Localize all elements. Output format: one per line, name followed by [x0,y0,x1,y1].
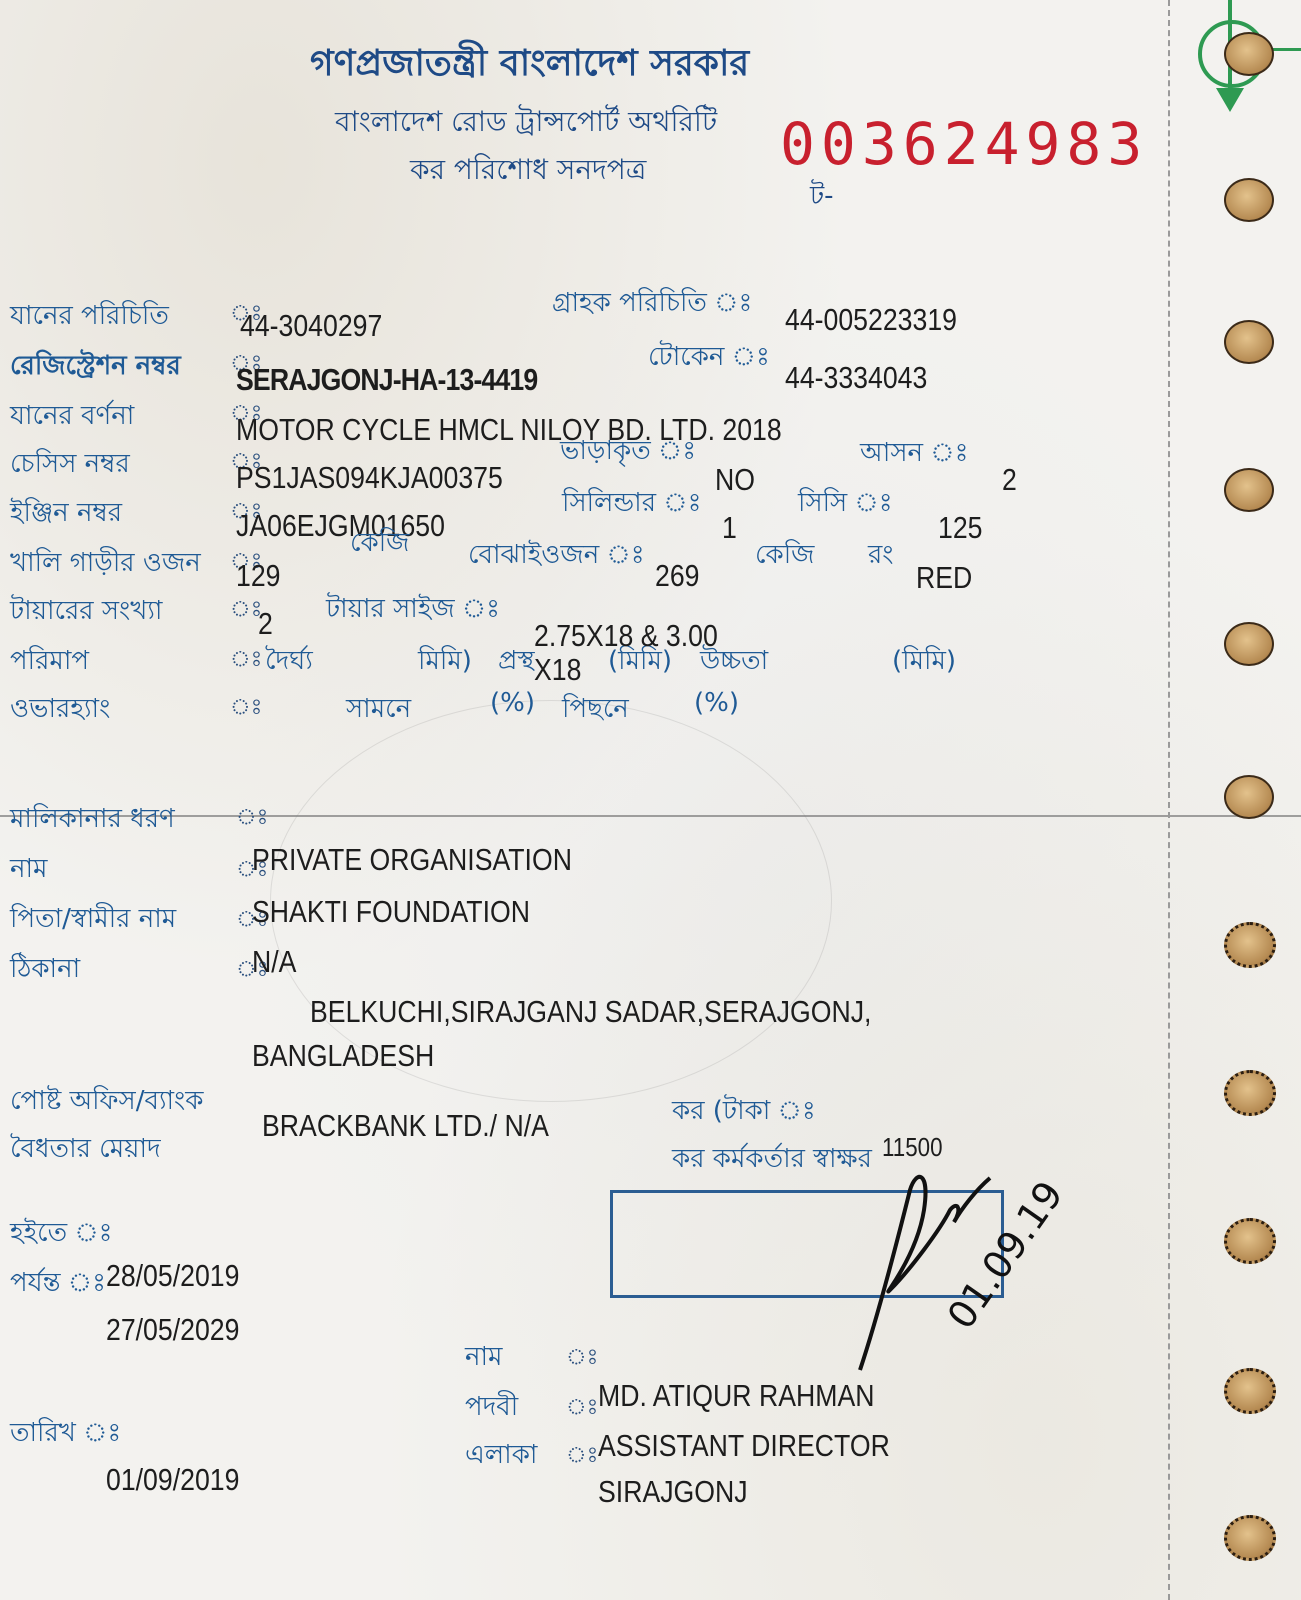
guardian-name-value: N/A [252,944,296,980]
laden-weight-unit: কেজি [755,534,814,578]
label-ownership-type: মালিকানার ধরণ [10,798,175,842]
punch-hole-icon [1224,922,1276,968]
issue-date-value: 01/09/2019 [106,1462,239,1498]
tyre-size-value-line2: X18 [534,652,581,688]
authority-name: বাংলাদেশ রোড ট্রান্সপোর্ট অথরিটি [335,100,717,147]
color-value: RED [916,560,972,596]
token-value: 44-3334043 [785,360,927,396]
label-tyre-count: টায়ারের সংখ্যা [10,590,162,634]
officer-designation-value: ASSISTANT DIRECTOR [598,1428,890,1464]
label-engine-no: ইঞ্জিন নম্বর [10,492,122,536]
label-color: রং [868,534,894,578]
punch-hole-icon [1224,622,1274,666]
label-cylinder: সিলিন্ডার ঃ [562,482,701,526]
serial-number: 003624983 [780,110,1148,178]
officer-area-value: SIRAJGONJ [598,1474,748,1510]
label-issue-date: তারিখ ঃ [10,1412,121,1456]
label-chassis-no: চেসিস নম্বর [10,443,130,487]
label-overhang: ওভারহ্যাং [10,688,110,732]
customer-id-value: 44-005223319 [785,302,957,338]
engine-no-value: JA06EJGM01650 [236,508,445,544]
cylinder-value: 1 [722,510,737,546]
ownership-type-value: PRIVATE ORGANISATION [252,842,572,878]
label-dimension: পরিমাপ [10,640,89,684]
dimension-height-unit: (মিমি) [892,640,956,684]
label-validity: বৈধতার মেয়াদ [10,1128,161,1172]
description-value: MOTOR CYCLE HMCL NILOY BD. LTD. 2018 [236,412,782,448]
perforation-line [1168,0,1170,1600]
punch-hole-icon [1224,1070,1276,1116]
overhang-front-unit: (%) [490,688,535,718]
validity-to-value: 27/05/2029 [106,1312,239,1348]
hired-value: NO [715,462,755,498]
colon: ঃ [566,1438,598,1475]
label-vehicle-id: যানের পরিচিতি [10,295,169,339]
address-value-line2: BANGLADESH [252,1038,434,1074]
owner-name-value: SHAKTI FOUNDATION [252,894,530,930]
label-validity-to: পর্যন্ত ঃ [10,1262,106,1306]
chassis-no-value: PS1JAS094KJA00375 [236,460,503,496]
label-customer-id: গ্রাহক পরিচিতি ঃ [552,282,752,326]
overhang-rear-unit: (%) [694,688,739,718]
registration-no-value: SERAJGONJ-HA-13-4419 [236,362,537,398]
label-validity-from: হইতে ঃ [10,1212,113,1256]
handwritten-signature-icon: 01.09.19 [850,1150,1090,1380]
officer-name-value: MD. ATIQUR RAHMAN [598,1378,874,1414]
colon: ঃ [566,1390,598,1427]
svg-text:01.09.19: 01.09.19 [939,1173,1072,1337]
unladen-weight-unit: কেজি [350,522,409,566]
cc-value: 125 [938,510,982,546]
label-laden-weight: বোঝাইওজন ঃ [468,534,645,578]
label-seats: আসন ঃ [860,432,968,476]
punch-hole-icon [1224,1218,1276,1264]
serial-prefix: ট- [810,175,834,219]
label-address: ঠিকানা [10,948,80,992]
arrow-down-icon [1216,88,1244,112]
punch-hole-icon [1224,775,1274,819]
colon: ঃ [230,690,262,727]
label-tyre-size: টায়ার সাইজ ঃ [326,588,500,632]
label-officer-designation: পদবী [465,1386,518,1430]
vehicle-id-value: 44-3040297 [240,308,382,344]
label-token: টোকেন ঃ [648,336,770,380]
colon: ঃ [236,800,268,837]
overhang-rear-label: পিছনে [562,688,629,732]
label-post-office-bank: পোষ্ট অফিস/ব্যাংক [10,1080,203,1124]
label-guardian-name: পিতা/স্বামীর নাম [10,898,176,942]
address-value-line1: BELKUCHI,SIRAJGANJ SADAR,SERAJGONJ, [310,994,871,1030]
tyre-size-value-line1: 2.75X18 & 3.00 [534,618,718,654]
label-officer-signature: কর কর্মকর্তার স্বাক্ষর [672,1138,872,1182]
punch-hole-icon [1224,468,1274,512]
certificate-title: কর পরিশোধ সনদপত্র [410,148,646,195]
validity-from-value: 28/05/2019 [106,1258,239,1294]
punch-hole-icon [1224,1368,1276,1414]
punch-hole-icon [1224,178,1274,222]
dimension-width-label: প্রস্থ [498,640,535,684]
dimension-length-label: দৈর্ঘ্য [265,640,313,684]
colon: ঃ [566,1340,598,1377]
seats-value: 2 [1002,462,1017,498]
fold-line [0,815,1301,817]
label-officer-name: নাম [465,1336,503,1380]
post-office-bank-value: BRACKBANK LTD./ N/A [262,1108,549,1144]
label-officer-area: এলাকা [465,1434,537,1478]
label-hired: ভাড়াকৃত ঃ [560,430,696,474]
label-cc: সিসি ঃ [798,482,893,526]
overhang-front-label: সামনে [346,688,411,732]
label-tax-amount: কর (টাকা ঃ [672,1090,816,1134]
label-registration-no: রেজিস্ট্রেশন নম্বর [10,345,181,389]
punch-hole-icon [1224,32,1274,76]
laden-weight-value: 269 [655,558,699,594]
punch-hole-icon [1224,320,1274,364]
punch-hole-icon [1224,1515,1276,1561]
label-owner-name: নাম [10,848,48,892]
label-unladen-weight: খালি গাড়ীর ওজন [10,542,201,586]
tyre-count-value: 2 [258,606,273,642]
colon: ঃ [230,642,262,679]
government-title: গণপ্রজাতন্ত্রী বাংলাদেশ সরকার [310,36,749,96]
label-description: যানের বর্ণনা [10,395,134,439]
unladen-weight-value: 129 [236,558,280,594]
dimension-length-unit: মিমি) [418,640,472,684]
